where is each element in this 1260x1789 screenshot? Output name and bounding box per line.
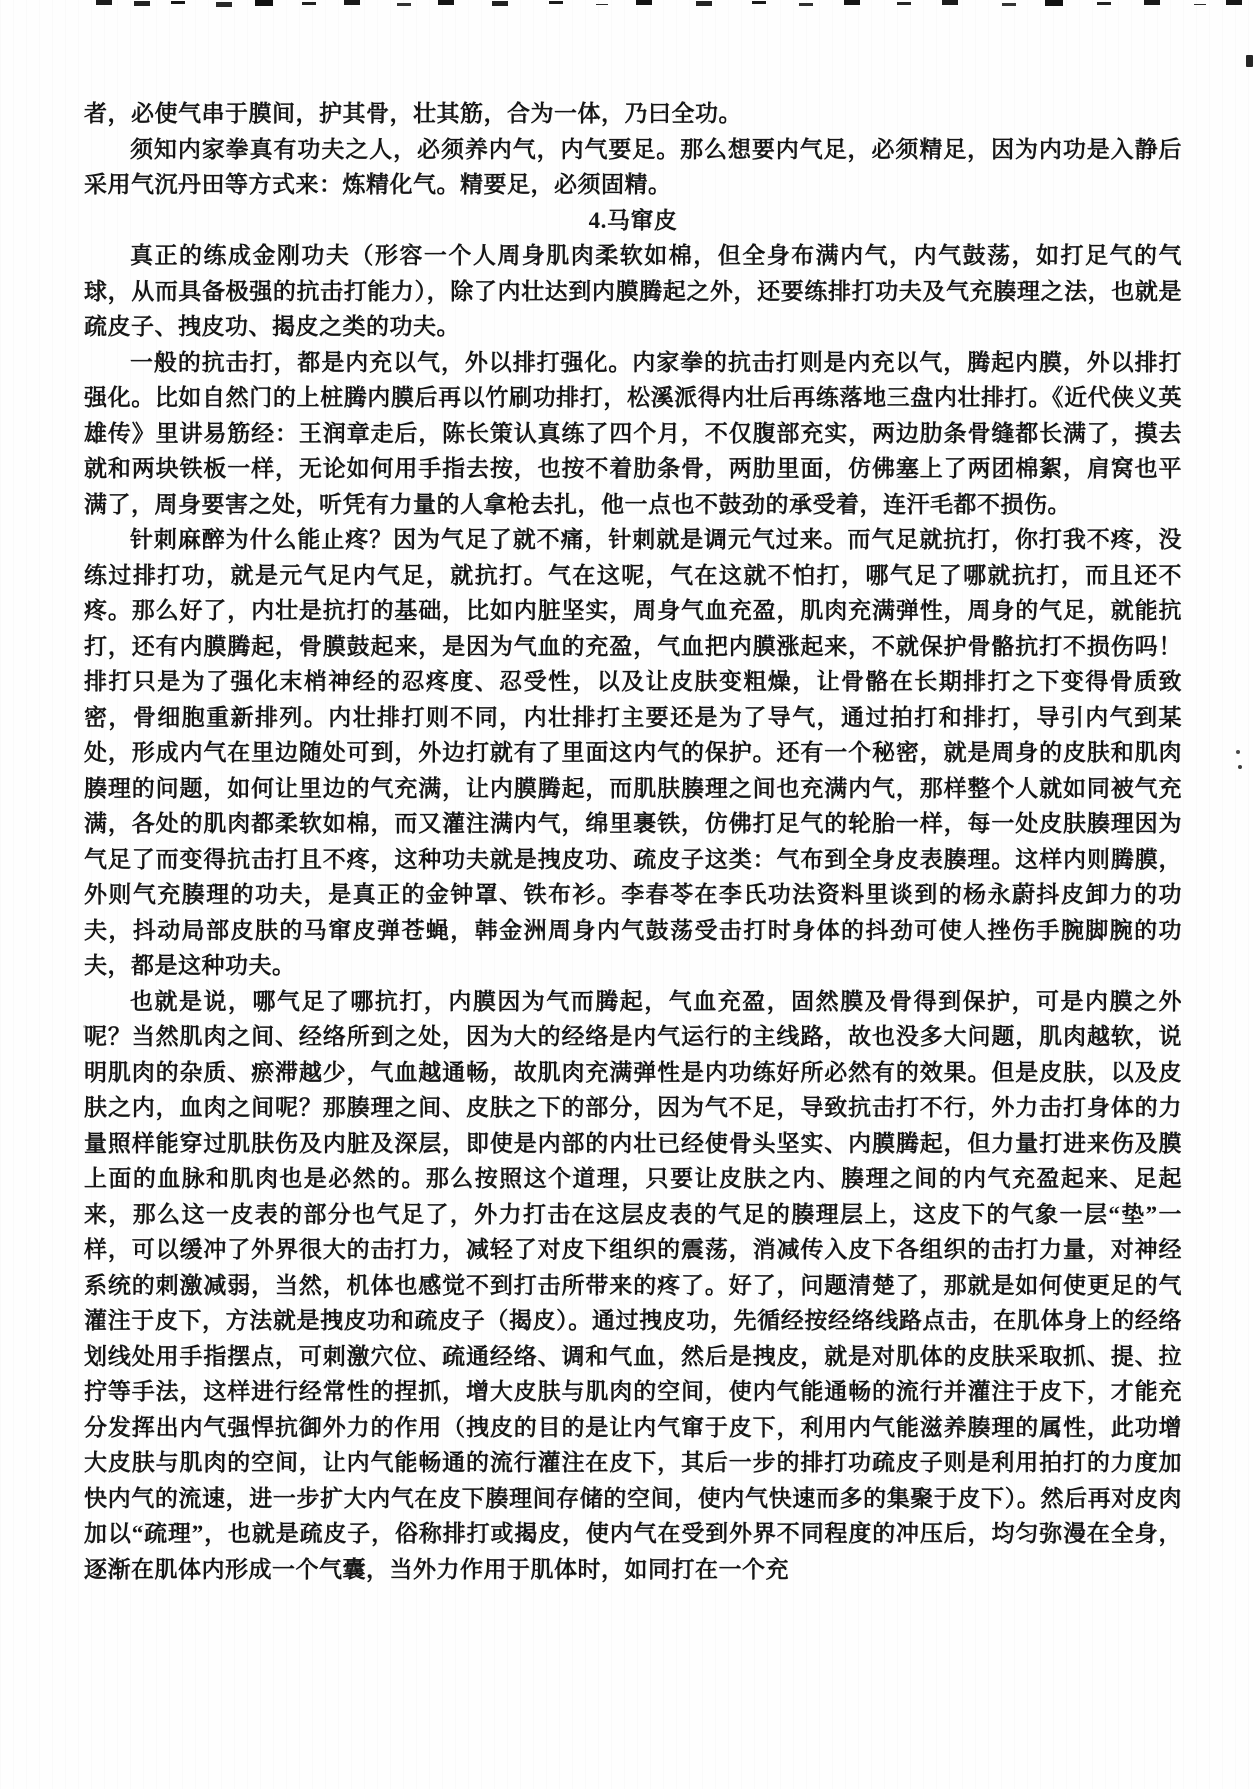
paragraph-body-4: 也就是说，哪气足了哪抗打，内膜因为气而腾起，气血充盈，固然膜及骨得到保护，可是内…	[84, 984, 1182, 1588]
scanned-page: 者，必使气串于膜间，护其骨，壮其筋，合为一体，乃曰全功。 须知内家拳真有功夫之人…	[0, 0, 1260, 1789]
scan-artifact-top-edge	[96, 0, 112, 5]
scan-artifact-right-margin-speck	[1236, 750, 1240, 754]
paragraph-continuation: 者，必使气串于膜间，护其骨，壮其筋，合为一体，乃曰全功。	[84, 96, 1182, 132]
paragraph-intro: 须知内家拳真有功夫之人，必须养内气，内气要足。那么想要内气足，必须精足，因为内功…	[84, 132, 1182, 203]
paragraph-body-3: 针刺麻醉为什么能止疼？因为气足了就不痛，针刺就是调元气过来。而气足就抗打，你打我…	[84, 522, 1182, 984]
section-heading: 4.马窜皮	[84, 203, 1182, 239]
paragraph-body-2: 一般的抗击打，都是内充以气，外以排打强化。内家拳的抗击打则是内充以气，腾起内膜，…	[84, 345, 1182, 523]
document-text-block: 者，必使气串于膜间，护其骨，壮其筋，合为一体，乃曰全功。 须知内家拳真有功夫之人…	[84, 96, 1182, 1587]
scan-artifact-right-edge	[1246, 55, 1253, 67]
paragraph-body-1: 真正的练成金刚功夫（形容一个人周身肌肉柔软如棉，但全身布满内气，内气鼓荡，如打足…	[84, 238, 1182, 345]
